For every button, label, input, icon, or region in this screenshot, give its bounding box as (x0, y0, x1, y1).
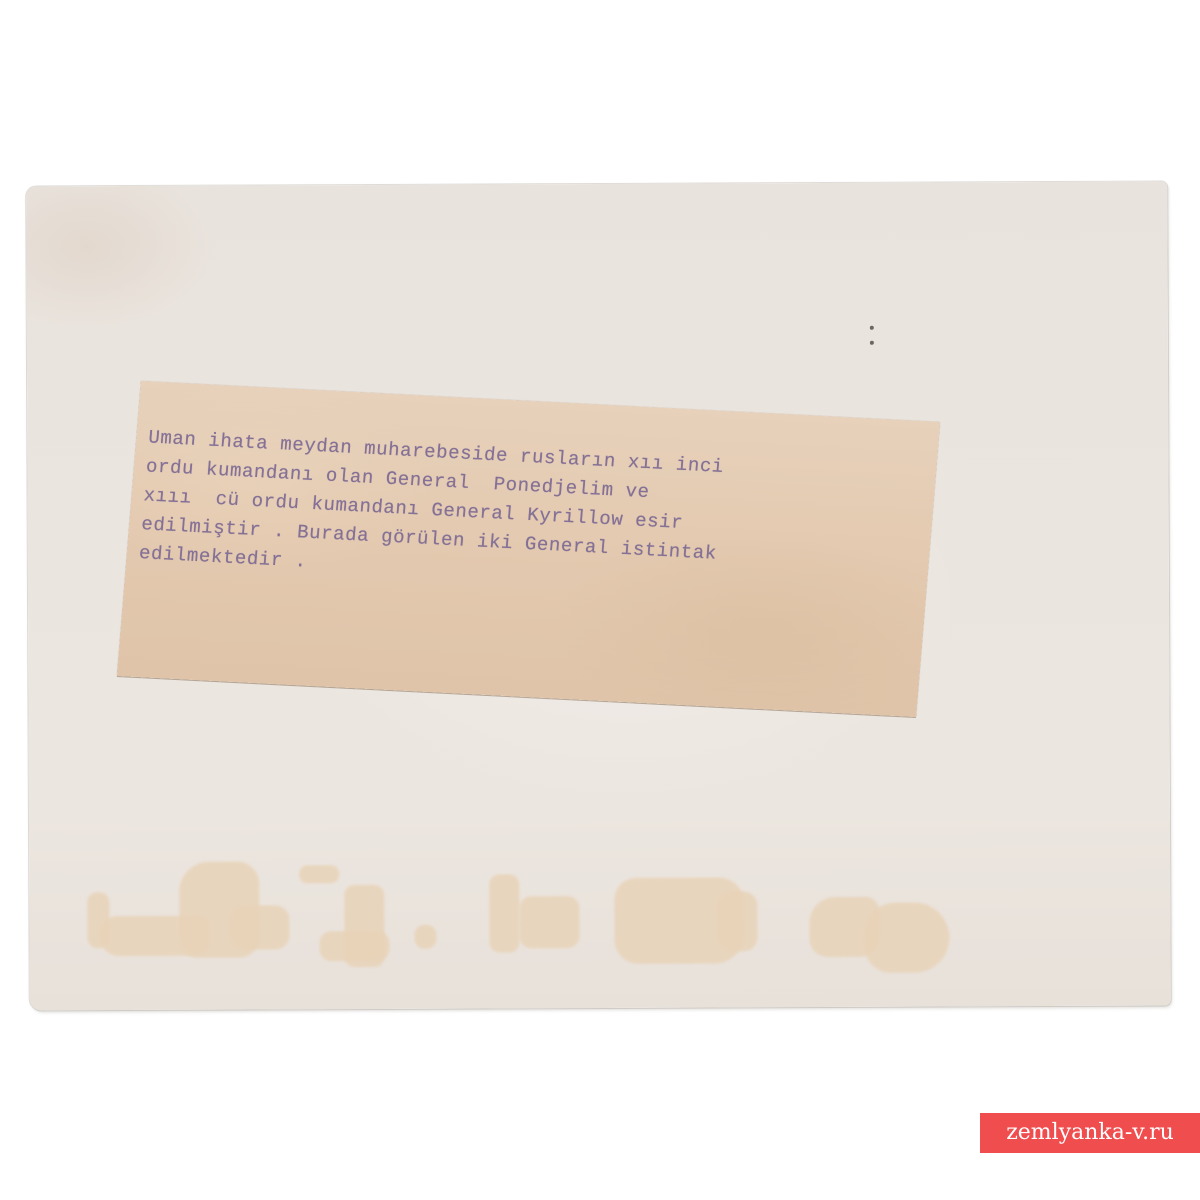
caption-text: Uman ihata meydan muharebeside rusların … (138, 423, 939, 608)
image-stage: Uman ihata meydan muharebeside rusların … (0, 0, 1200, 1200)
watermark-badge: zemlyanka-v.ru (980, 1113, 1200, 1153)
glue-residue (26, 182, 1167, 187)
dust-speck (870, 326, 874, 330)
typed-caption-label: Uman ihata meydan muharebeside rusların … (117, 381, 940, 717)
dust-speck (870, 341, 874, 345)
